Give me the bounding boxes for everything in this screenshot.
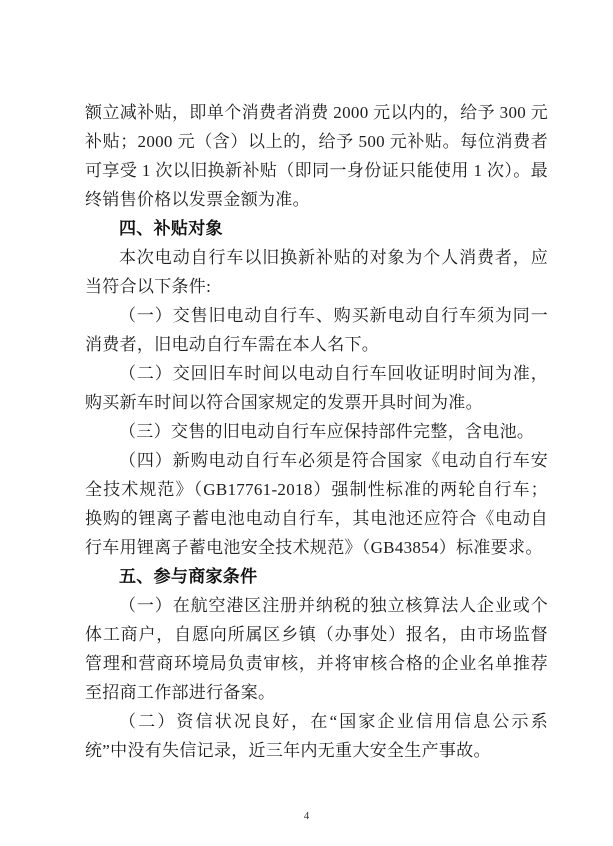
document-page: 额立减补贴，即单个消费者消费 2000 元以内的，给予 300 元补贴；2000… [0, 0, 613, 846]
paragraph-subsidy-target-intro: 本次电动自行车以旧换新补贴的对象为个人消费者，应当符合以下条件: [85, 243, 548, 301]
page-number: 4 [304, 810, 310, 822]
paragraph-condition-3: （三）交售的旧电动自行车应保持部件完整，含电池。 [85, 417, 548, 446]
paragraph-subsidy-amount-continuation: 额立减补贴，即单个消费者消费 2000 元以内的，给予 300 元补贴；2000… [85, 98, 548, 214]
section-heading-merchant-conditions: 五、参与商家条件 [85, 562, 548, 591]
section-heading-subsidy-targets: 四、补贴对象 [85, 214, 548, 243]
page-footer: 4 [0, 806, 613, 824]
paragraph-condition-2: （二）交回旧车时间以电动自行车回收证明时间为准，购买新车时间以符合国家规定的发票… [85, 359, 548, 417]
paragraph-merchant-condition-2: （二）资信状况良好，在“国家企业信用信息公示系统”中没有失信记录，近三年内无重大… [85, 707, 548, 765]
document-body: 额立减补贴，即单个消费者消费 2000 元以内的，给予 300 元补贴；2000… [85, 98, 548, 765]
paragraph-condition-1: （一）交售旧电动自行车、购买新电动自行车须为同一消费者，旧电动自行车需在本人名下… [85, 301, 548, 359]
paragraph-merchant-condition-1: （一）在航空港区注册并纳税的独立核算法人企业或个体工商户，自愿向所属区乡镇（办事… [85, 591, 548, 707]
paragraph-condition-4: （四）新购电动自行车必须是符合国家《电动自行车安全技术规范》（GB17761-2… [85, 446, 548, 562]
